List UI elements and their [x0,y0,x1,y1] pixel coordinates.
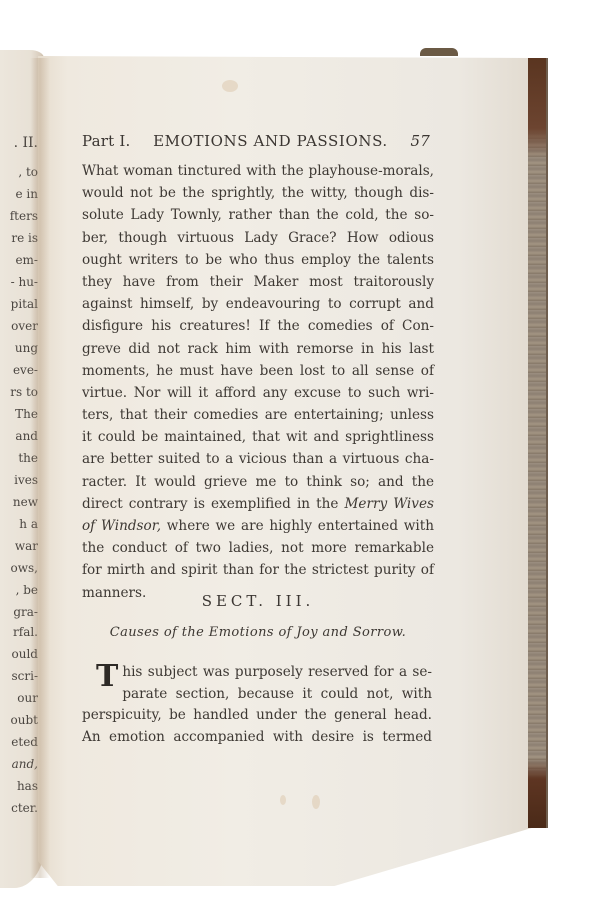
running-head: Part I. EMOTIONS AND PASSIONS. 57 [82,132,430,150]
text-line: What woman tinctured with the playhouse-… [82,160,434,182]
foxing-stain [280,795,286,805]
headband [420,48,458,56]
text-line: moments, he must have been lost to all s… [82,360,434,382]
chapter-title: EMOTIONS AND PASSIONS. [153,132,388,150]
text-line: of Windsor, where we are highly entertai… [82,515,434,537]
text-line: ought writers to be who thus employ the … [82,249,434,271]
text-line: perspicuity, be handled under the genera… [82,705,432,727]
text-line: ters, that their comedies are entertaini… [82,404,434,426]
foxing-stain [222,80,238,92]
text-line: greve did not rack him with remorse in h… [82,338,434,360]
part-label: Part I. [82,132,130,150]
text-line: would not be the sprightly, the witty, t… [82,182,434,204]
page-number: 57 [410,132,430,150]
text-fragment: where we are highly entertained with [167,518,434,534]
text-line: An emotion accompanied with desire is te… [82,727,432,749]
fore-edge [528,58,548,828]
text-line: for mirth and spirit than for the strict… [82,559,434,581]
text-line: against himself, by endeavouring to corr… [82,293,434,315]
text-line: virtue. Nor will it afford any excuse to… [82,382,434,404]
section-heading: SECT. III. [82,592,434,610]
foxing-stain [312,795,320,809]
drop-cap: T [96,664,118,690]
text-line: solute Lady Townly, rather than the cold… [82,204,434,226]
play-title-italic: of Windsor, [82,518,161,534]
text-line: ber, though virtuous Lady Grace? How odi… [82,227,434,249]
play-title-italic: Merry Wives [344,496,434,512]
text-line: it could be maintained, that wit and spr… [82,426,434,448]
gutter-shadow [30,58,50,878]
text-line: direct contrary is exemplified in the Me… [82,493,434,515]
text-line: his subject was purposely reserved for a… [96,662,432,684]
text-line: the conduct of two ladies, not more rema… [82,537,434,559]
body-text: What woman tinctured with the playhouse-… [82,160,434,604]
text-line: racter. It would grieve me to think so; … [82,471,434,493]
text-line: disfigure his creatures! If the comedies… [82,315,434,337]
text-line: parate section, because it could not, wi… [82,684,432,706]
text-line: are better suited to a vicious than a vi… [82,448,434,470]
text-fragment: direct contrary is exemplified in the [82,496,338,512]
text-line: they have from their Maker most traitoro… [82,271,434,293]
section-subtitle: Causes of the Emotions of Joy and Sorrow… [82,625,434,640]
section-body: T his subject was purposely reserved for… [96,662,432,748]
